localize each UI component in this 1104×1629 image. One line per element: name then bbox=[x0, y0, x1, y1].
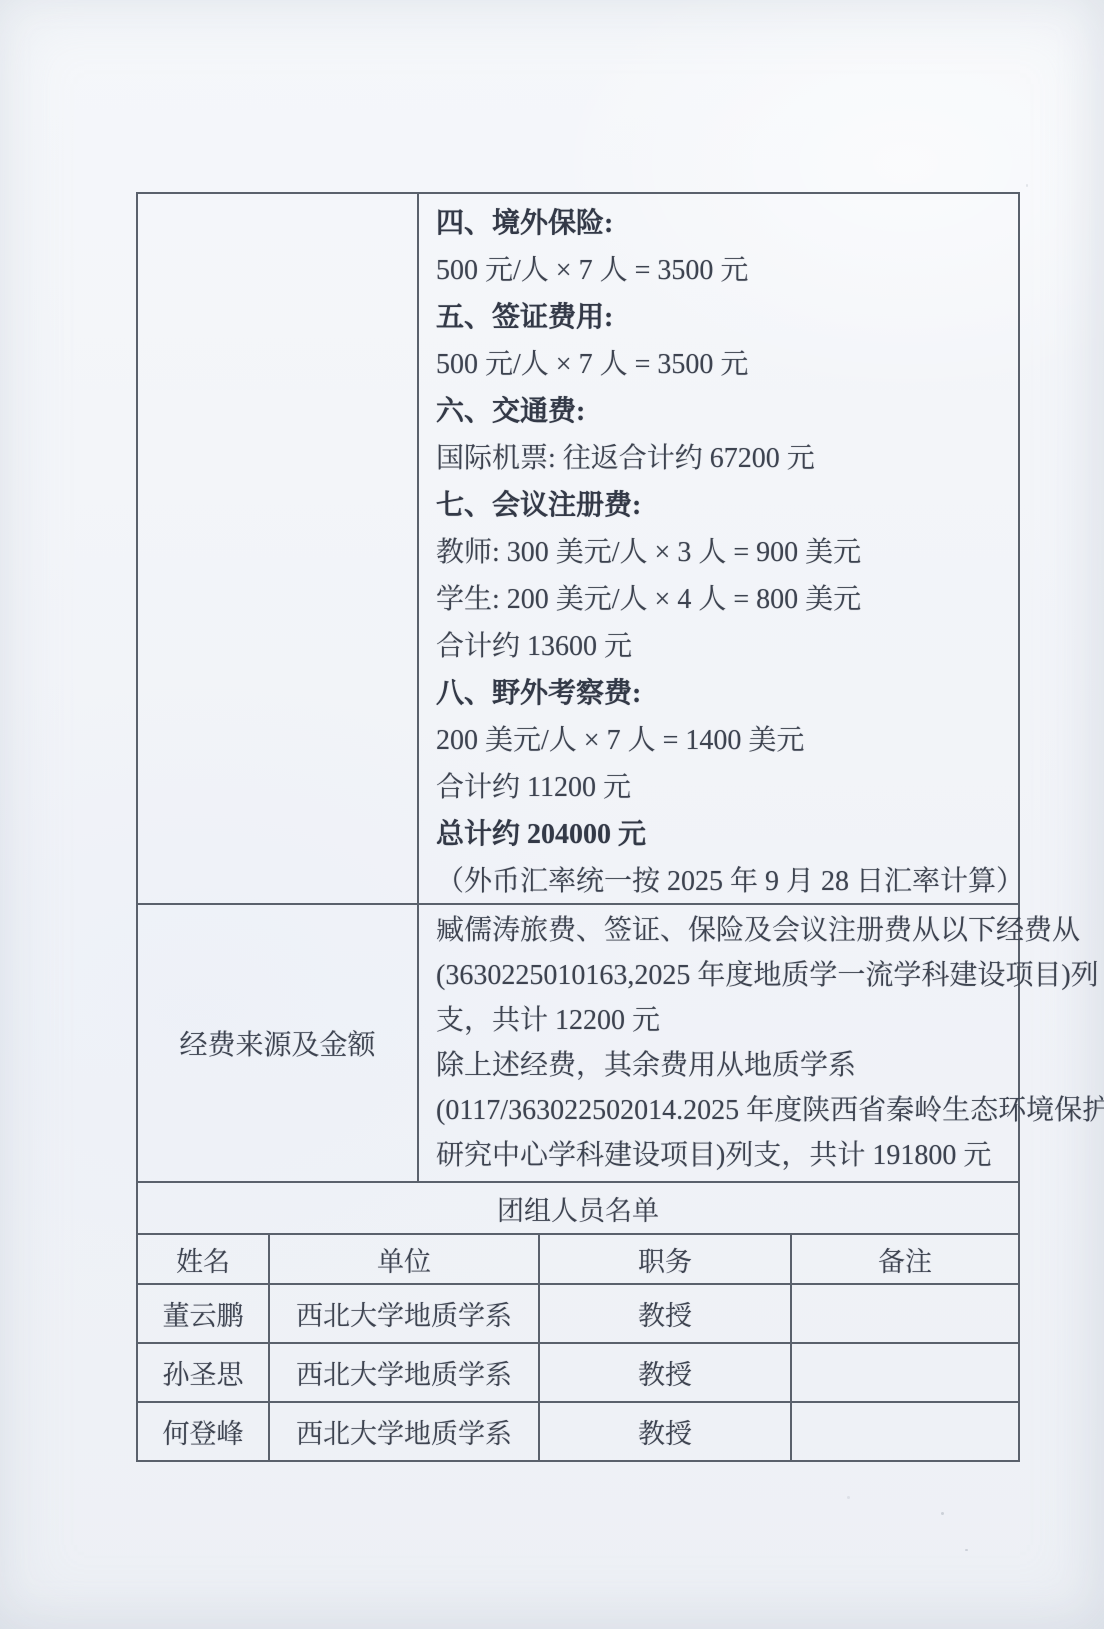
budget-line-exchange-rate-note: （外币汇率统一按 2025 年 9 月 28 日汇率计算） bbox=[436, 858, 1010, 905]
funding-line-1: 臧儒涛旅费、签证、保险及会议注册费从以下经费从 bbox=[436, 908, 1012, 953]
scan-speck bbox=[847, 1496, 850, 1499]
budget-line-fieldwork-heading: 八、野外考察费: bbox=[436, 670, 1010, 717]
scan-speck bbox=[965, 1549, 968, 1551]
budget-line-insurance-calc: 500 元/人 × 7 人 = 3500 元 bbox=[436, 247, 1010, 294]
funding-source-label: 经费来源及金额 bbox=[138, 905, 417, 1181]
roster-unit: 西北大学地质学系 bbox=[268, 1285, 538, 1342]
budget-empty-label-cell bbox=[138, 194, 417, 903]
funding-line-6: 研究中心学科建设项目)列支，共计 191800 元 bbox=[436, 1133, 1012, 1178]
roster-name: 董云鹏 bbox=[138, 1285, 268, 1342]
roster-note bbox=[790, 1403, 1018, 1460]
budget-line-visa-heading: 五、签证费用: bbox=[436, 294, 1010, 341]
budget-line-teacher-calc: 教师: 300 美元/人 × 3 人 = 900 美元 bbox=[436, 529, 1010, 576]
budget-line-airfare: 国际机票: 往返合计约 67200 元 bbox=[436, 435, 1010, 482]
funding-row: 经费来源及金额 臧儒涛旅费、签证、保险及会议注册费从以下经费从 (3630225… bbox=[138, 903, 1018, 1181]
funding-line-2: (3630225010163,2025 年度地质学一流学科建设项目)列 bbox=[436, 953, 1012, 998]
expense-approval-table: 四、境外保险: 500 元/人 × 7 人 = 3500 元 五、签证费用: 5… bbox=[136, 192, 1020, 1462]
budget-line-fieldwork-calc: 200 美元/人 × 7 人 = 1400 美元 bbox=[436, 717, 1010, 764]
roster-name: 何登峰 bbox=[138, 1403, 268, 1460]
funding-line-4: 除上述经费，其余费用从地质学系 bbox=[436, 1043, 1012, 1088]
scan-speck bbox=[1026, 184, 1028, 187]
roster-note bbox=[790, 1344, 1018, 1401]
funding-line-3: 支，共计 12200 元 bbox=[436, 998, 1012, 1043]
roster-header-row: 姓名 单位 职务 备注 bbox=[138, 1233, 1018, 1283]
roster-unit: 西北大学地质学系 bbox=[268, 1344, 538, 1401]
roster-position: 教授 bbox=[538, 1344, 790, 1401]
budget-line-registration-subtotal: 合计约 13600 元 bbox=[436, 623, 1010, 670]
roster-unit: 西北大学地质学系 bbox=[268, 1403, 538, 1460]
roster-name: 孙圣思 bbox=[138, 1344, 268, 1401]
roster-header-position: 职务 bbox=[538, 1235, 790, 1283]
budget-line-transport-heading: 六、交通费: bbox=[436, 388, 1010, 435]
budget-line-visa-calc: 500 元/人 × 7 人 = 3500 元 bbox=[436, 341, 1010, 388]
roster-row-1: 董云鹏 西北大学地质学系 教授 bbox=[138, 1283, 1018, 1342]
budget-line-overseas-insurance-heading: 四、境外保险: bbox=[436, 200, 1010, 247]
roster-title-row: 团组人员名单 bbox=[138, 1181, 1018, 1233]
roster-header-name: 姓名 bbox=[138, 1235, 268, 1283]
roster-row-2: 孙圣思 西北大学地质学系 教授 bbox=[138, 1342, 1018, 1401]
funding-detail-cell: 臧儒涛旅费、签证、保险及会议注册费从以下经费从 (3630225010163,2… bbox=[417, 905, 1018, 1181]
budget-line-fieldwork-subtotal: 合计约 11200 元 bbox=[436, 764, 1010, 811]
roster-title: 团组人员名单 bbox=[138, 1183, 1018, 1233]
budget-line-registration-heading: 七、会议注册费: bbox=[436, 482, 1010, 529]
roster-note bbox=[790, 1285, 1018, 1342]
scan-speck bbox=[941, 1512, 944, 1515]
budget-breakdown-cell: 四、境外保险: 500 元/人 × 7 人 = 3500 元 五、签证费用: 5… bbox=[417, 194, 1018, 903]
roster-header-unit: 单位 bbox=[268, 1235, 538, 1283]
roster-position: 教授 bbox=[538, 1403, 790, 1460]
budget-line-student-calc: 学生: 200 美元/人 × 4 人 = 800 美元 bbox=[436, 576, 1010, 623]
funding-line-5: (0117/363022502014.2025 年度陕西省秦岭生态环境保护 bbox=[436, 1088, 1012, 1133]
roster-row-3: 何登峰 西北大学地质学系 教授 bbox=[138, 1401, 1018, 1460]
budget-line-grand-total: 总计约 204000 元 bbox=[436, 811, 1010, 858]
budget-row: 四、境外保险: 500 元/人 × 7 人 = 3500 元 五、签证费用: 5… bbox=[138, 194, 1018, 903]
roster-header-note: 备注 bbox=[790, 1235, 1018, 1283]
roster-position: 教授 bbox=[538, 1285, 790, 1342]
